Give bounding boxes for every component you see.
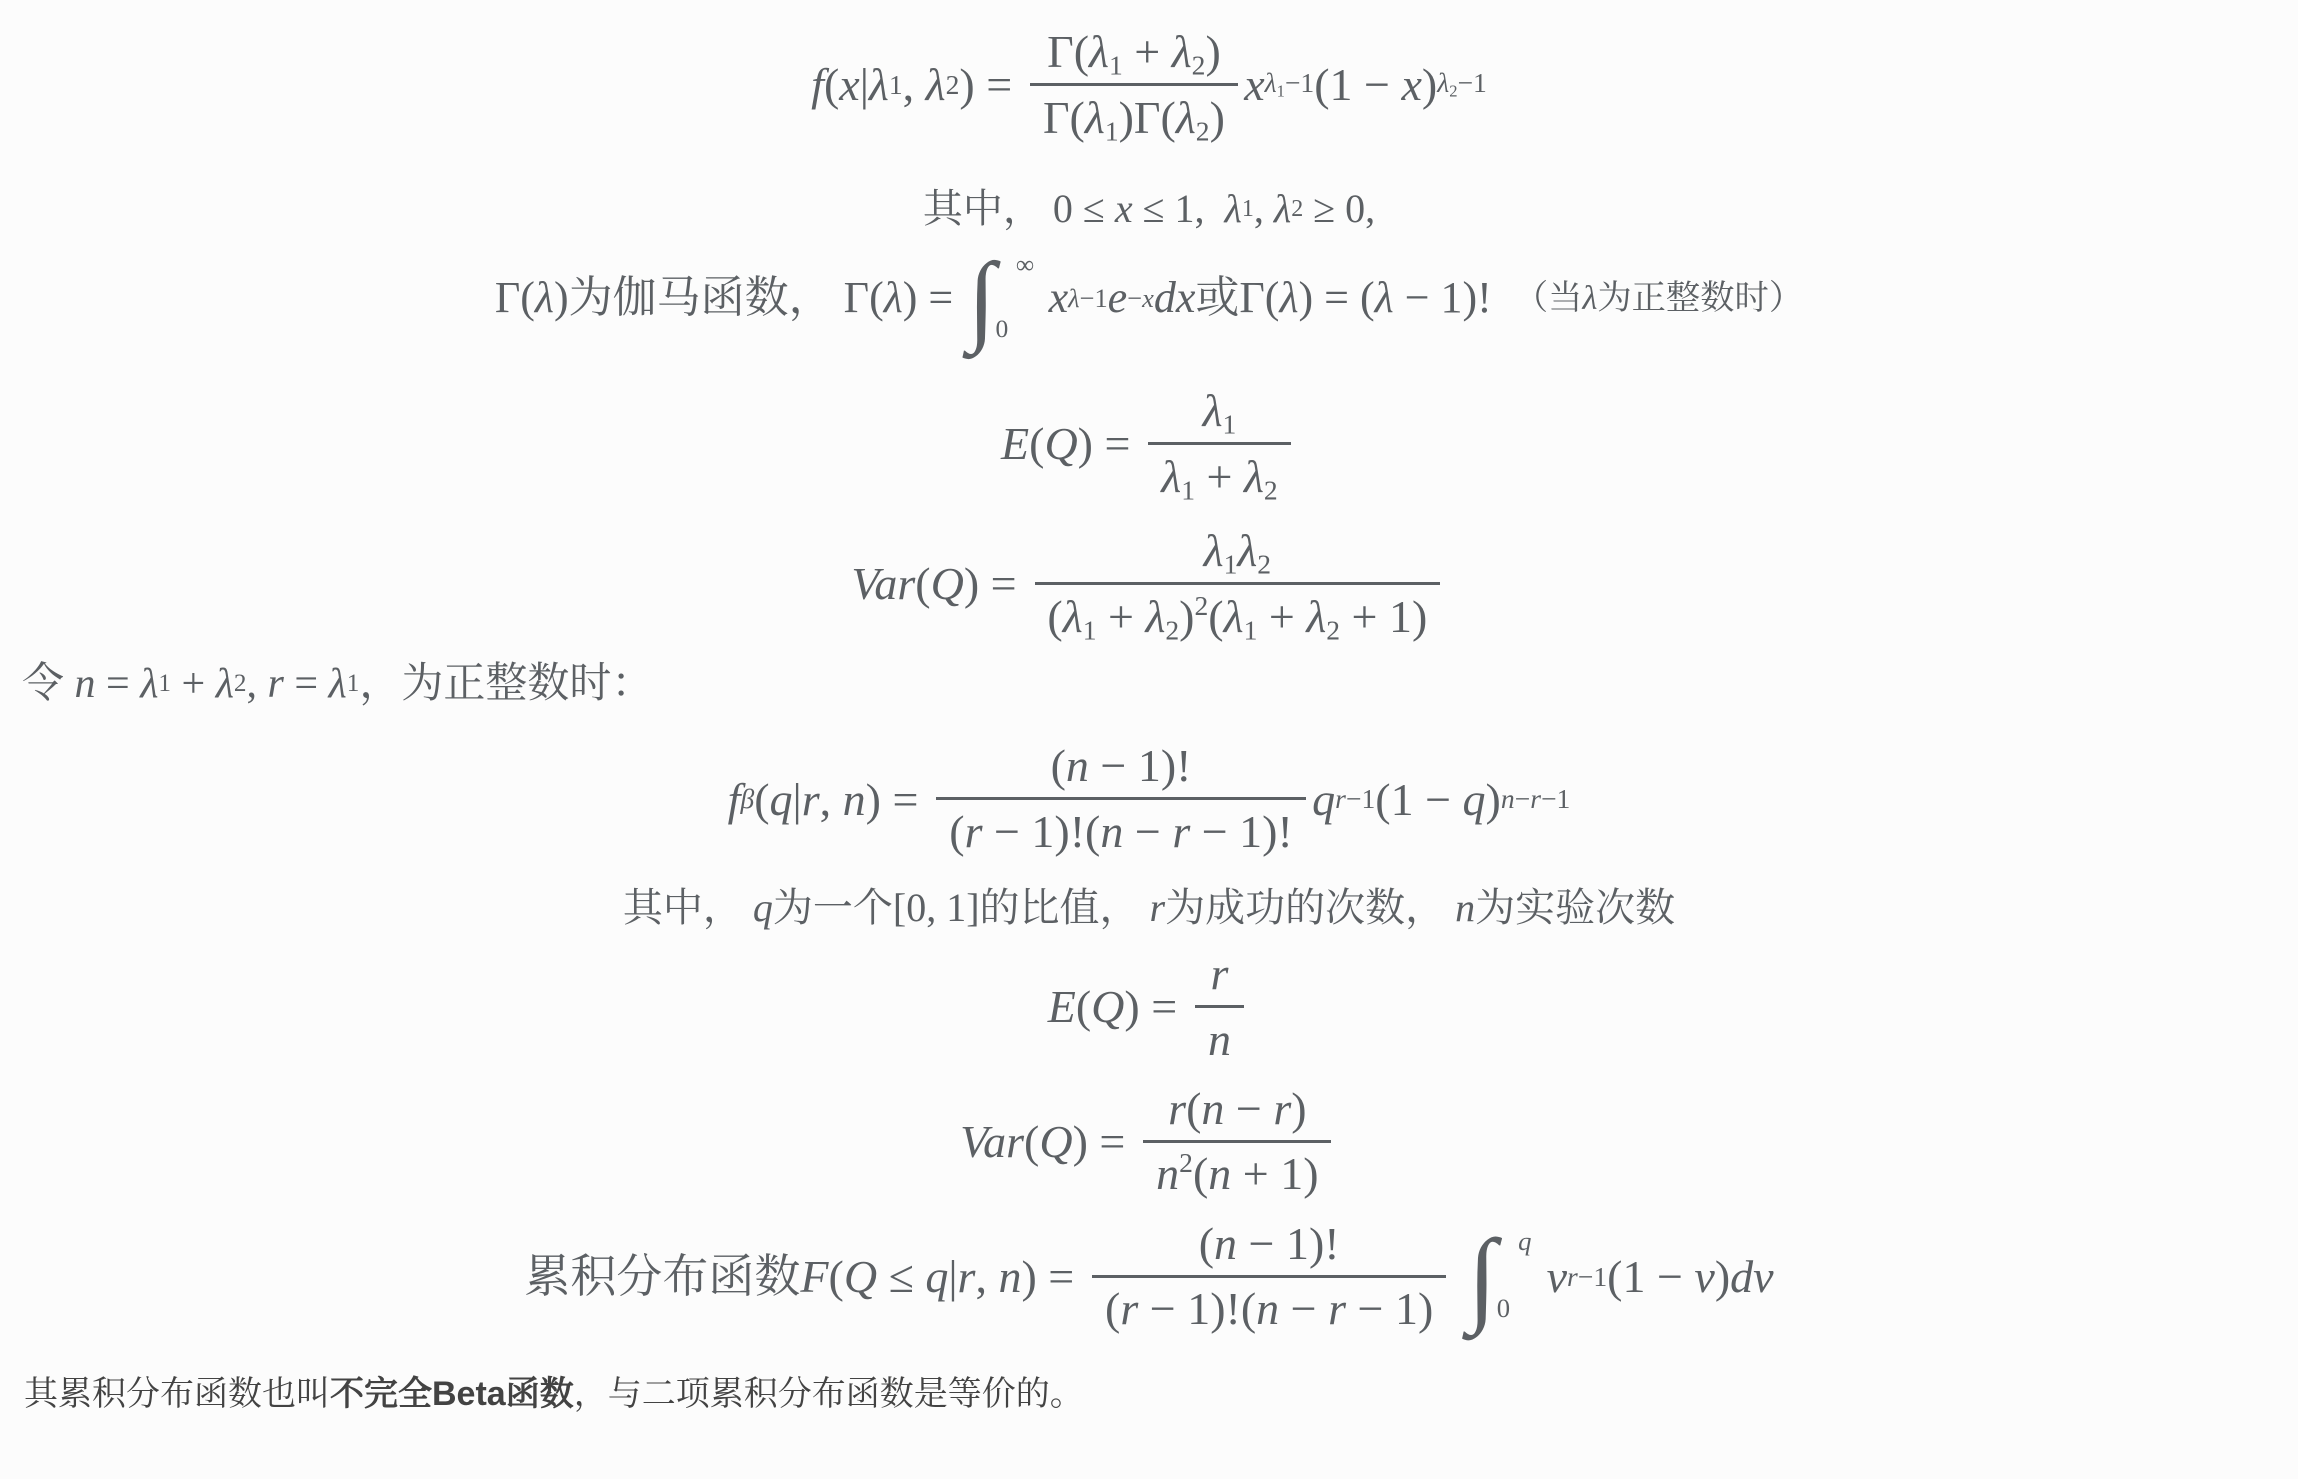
math-cjk-text: 为成功的次数，	[1165, 884, 1445, 932]
math-token: 1	[1105, 115, 1119, 146]
math-token: ) =	[1078, 416, 1142, 471]
math-variable: x	[839, 57, 859, 112]
math-token: −1	[1285, 67, 1314, 98]
math-variable: n	[1201, 1083, 1224, 1134]
formula-variance-lambda: Var(Q) = λ1λ2(λ1 + λ2)2(λ1 + λ2 + 1)	[0, 524, 2298, 644]
math-fraction: Γ(λ1 + λ2)Γ(λ1)Γ(λ2)	[1030, 25, 1238, 145]
math-cjk-text: 为实验次数	[1475, 884, 1675, 932]
math-denominator: (r − 1)!(n − r − 1)	[1092, 1275, 1446, 1337]
math-token: Γ(	[1043, 92, 1085, 143]
math-cjk-text: （当	[1514, 279, 1583, 317]
math-fraction: (n − 1)!(r − 1)!(n − r − 1)	[1092, 1217, 1446, 1337]
math-variable: λ	[1172, 26, 1192, 77]
math-token: −	[1224, 1083, 1273, 1134]
math-token: ,	[246, 659, 267, 709]
integral-upper-limit: q	[1518, 1228, 1531, 1255]
math-small: （当λ为正整数时）	[1514, 278, 1803, 319]
math-subscript: 1	[1244, 614, 1258, 645]
math-variable: λ	[869, 57, 889, 112]
math-token: − 1)!(	[1138, 1283, 1256, 1334]
math-token: − 1)!	[1237, 1218, 1340, 1269]
math-variable: Q	[844, 1249, 877, 1304]
math-variable: r	[1567, 1261, 1578, 1292]
integral-limits: ∞0	[995, 248, 1034, 349]
math-token: ,	[903, 57, 926, 112]
math-subscript: 1	[1083, 614, 1097, 645]
math-token: − 1)!	[1190, 806, 1293, 857]
math-variable: E	[1001, 416, 1029, 471]
math-cjk-text: ，为正整数时：	[359, 659, 653, 709]
math-variable: q	[1518, 1226, 1531, 1256]
math-subscript: 2	[1264, 474, 1278, 505]
footnote-text-prefix: 其累积分布函数也叫	[24, 1375, 330, 1413]
math-variable: λ	[1437, 67, 1449, 98]
math-variable: r	[267, 659, 283, 709]
math-variable: x	[1402, 57, 1422, 112]
math-token: − 1)!	[1394, 272, 1514, 325]
math-variable: q	[925, 1249, 948, 1304]
math-token: (	[1105, 1283, 1120, 1334]
math-variable: d	[1730, 1249, 1753, 1304]
math-subscript: 2	[1192, 50, 1206, 81]
footnote-paragraph: 其累积分布函数也叫不完全Beta函数，与二项累积分布函数是等价的。	[0, 1366, 2298, 1415]
math-token: Γ(	[833, 272, 884, 325]
math-token: − 1)!(	[982, 806, 1100, 857]
math-variable: f	[811, 57, 824, 112]
math-variable: Q	[931, 556, 964, 611]
math-token: ) =	[866, 772, 930, 827]
math-variable: λ	[1063, 591, 1083, 642]
math-token: − 1)	[1346, 1283, 1433, 1334]
math-token: Γ(	[1047, 26, 1089, 77]
math-variable: λ	[926, 57, 946, 112]
math-token: ) = (	[1299, 272, 1375, 325]
math-variable: v	[1753, 1249, 1773, 1304]
math-token: ) =	[903, 272, 964, 325]
math-variable: λ	[884, 272, 903, 325]
math-variable: n	[1256, 1283, 1279, 1334]
math-subscript: 2	[1165, 614, 1179, 645]
math-token: −	[1279, 1283, 1328, 1334]
math-variable: n	[1066, 740, 1089, 791]
math-cjk-text: 的比值，	[980, 884, 1140, 932]
math-cjk-text: 为伽马函数，	[569, 272, 833, 325]
math-token: ∞	[1016, 250, 1034, 279]
math-variable: λ	[1176, 92, 1196, 143]
math-variable: λ	[1274, 185, 1291, 233]
math-variable: q	[1312, 772, 1335, 827]
math-token: ) =	[1124, 979, 1188, 1034]
math-token: ) =	[964, 556, 1028, 611]
math-variable: e	[1108, 272, 1128, 325]
math-variable: r	[1273, 1083, 1291, 1134]
math-variable: n	[843, 772, 866, 827]
math-variable: λ	[1225, 185, 1242, 233]
math-denominator: (r − 1)!(n − r − 1)!	[936, 797, 1305, 859]
math-variable: λ	[535, 272, 554, 325]
math-integral: ∫∞0	[968, 248, 1034, 349]
math-variable: λ	[1237, 525, 1257, 576]
math-variable: λ	[1224, 591, 1244, 642]
math-variable: r	[958, 1249, 976, 1304]
math-token: 1	[158, 670, 171, 697]
math-variable: r	[1120, 1283, 1138, 1334]
math-token: 1	[1181, 474, 1195, 505]
math-variable: λ	[1375, 272, 1394, 325]
document-body: f(x|λ1, λ2) = Γ(λ1 + λ2)Γ(λ1)Γ(λ2)xλ1−1(…	[0, 0, 2298, 1479]
math-superscript: −x	[1127, 285, 1154, 311]
math-variable: Var	[960, 1114, 1024, 1169]
math-token: +	[1123, 26, 1172, 77]
math-token: (	[1186, 1083, 1201, 1134]
integral-icon: ∫	[968, 248, 996, 349]
math-token: ,	[1254, 185, 1274, 233]
math-token: 2	[1326, 614, 1340, 645]
math-variable: λ	[1265, 67, 1277, 98]
math-token: (	[1208, 591, 1223, 642]
math-fraction: (n − 1)!(r − 1)!(n − r − 1)!	[936, 739, 1305, 859]
math-variable: n	[1156, 1148, 1179, 1199]
math-token	[1445, 884, 1455, 932]
formula-beta-pdf-rn: fβ(q|r, n) = (n − 1)!(r − 1)!(n − r − 1)…	[0, 739, 2298, 859]
math-numerator: (n − 1)!	[1186, 1217, 1353, 1275]
math-variable: q	[1463, 772, 1486, 827]
math-variable: n	[1214, 1218, 1237, 1269]
math-token: −1	[1541, 783, 1570, 814]
formula-cdf: 累积分布函数F(Q ≤ q|r, n) = (n − 1)!(r − 1)!(n…	[0, 1217, 2298, 1337]
math-token: −1	[1457, 67, 1486, 98]
math-subscript: 1	[1223, 409, 1237, 440]
math-variable: x	[1115, 185, 1133, 233]
formula-beta-pdf: f(x|λ1, λ2) = Γ(λ1 + λ2)Γ(λ1)Γ(λ2)xλ1−1(…	[0, 25, 2298, 145]
math-token: + 1)	[1340, 591, 1427, 642]
math-variable: n	[1501, 783, 1515, 814]
math-token: |	[860, 57, 869, 112]
math-cjk-text: 为正整数时）	[1597, 279, 1803, 317]
formula-substitution: 令 n = λ1 + λ2, r = λ1，为正整数时：	[0, 659, 2298, 709]
math-variable: x	[1049, 272, 1069, 325]
math-variable: Var	[851, 556, 915, 611]
math-cjk-text: 累积分布函数	[524, 1249, 800, 1304]
math-token: +	[1257, 591, 1306, 642]
math-token	[1453, 1249, 1465, 1304]
math-token: |	[793, 772, 802, 827]
math-token: ) =	[1073, 1114, 1137, 1169]
math-subscript: 2	[1326, 614, 1340, 645]
math-variable: λ	[1279, 272, 1298, 325]
math-token: 2	[946, 69, 960, 100]
math-token: ≤ 1,	[1133, 185, 1225, 233]
math-variable: λ	[329, 659, 347, 709]
math-subscript: 1	[1105, 115, 1119, 146]
math-token: 1	[1242, 196, 1254, 222]
math-variable: n	[998, 1249, 1021, 1304]
math-token: 2	[1179, 1147, 1193, 1178]
math-fraction: λ1λ2(λ1 + λ2)2(λ1 + λ2 + 1)	[1035, 524, 1441, 644]
math-variable: x	[1244, 57, 1264, 112]
math-variable: n	[1455, 884, 1475, 932]
math-token	[1038, 272, 1049, 325]
math-denominator: Γ(λ1)Γ(λ2)	[1030, 83, 1238, 145]
math-token: )	[1422, 57, 1437, 112]
math-fraction: λ1λ1 + λ2	[1148, 384, 1290, 504]
math-subscript: 1	[158, 671, 171, 696]
math-cjk-text: 其中，	[623, 884, 743, 932]
math-superscript: r−1	[1567, 1263, 1607, 1291]
math-token: −1	[1346, 783, 1375, 814]
math-token: −1	[1578, 1261, 1607, 1292]
math-variable: r	[1530, 783, 1541, 814]
math-token: (	[1051, 740, 1066, 791]
math-variable: λ	[1085, 92, 1105, 143]
math-numerator: (n − 1)!	[1038, 739, 1205, 797]
math-subscript: 2	[1291, 197, 1303, 221]
math-variable: n	[1208, 1148, 1231, 1199]
math-subscript: 2	[1257, 549, 1271, 580]
math-token: −	[1123, 806, 1172, 857]
math-token	[743, 884, 753, 932]
math-token: 2	[1192, 50, 1206, 81]
math-token: −	[1515, 783, 1531, 814]
math-token: ) =	[959, 57, 1023, 112]
math-variable: q	[753, 884, 773, 932]
math-token: 1	[347, 670, 360, 697]
integral-upper-limit: ∞	[1016, 252, 1034, 278]
math-cjk-text: 其中，	[923, 185, 1043, 233]
math-variable: Q	[1044, 416, 1077, 471]
math-variable: λ	[140, 659, 158, 709]
math-token: 1	[1223, 409, 1237, 440]
math-denominator: (λ1 + λ2)2(λ1 + λ2 + 1)	[1035, 582, 1441, 644]
math-variable: v	[1694, 1249, 1714, 1304]
math-numerator: λ1	[1190, 384, 1249, 442]
math-variable: f	[728, 772, 741, 827]
math-variable: r	[1211, 948, 1229, 999]
math-token: ,	[820, 772, 843, 827]
math-variable: λ	[1306, 591, 1326, 642]
math-token: (1 −	[1607, 1249, 1694, 1304]
math-variable: n	[1100, 806, 1123, 857]
math-token: )	[1715, 1249, 1730, 1304]
math-cjk-text: 为一个	[773, 884, 893, 932]
math-variable: r	[1168, 1083, 1186, 1134]
math-denominator: λ1 + λ2	[1148, 442, 1290, 504]
math-token: 2	[1291, 196, 1303, 222]
math-variable: r	[802, 772, 820, 827]
math-subscript: 2	[1196, 115, 1210, 146]
integral-lower-limit: 0	[995, 316, 1034, 342]
math-superscript: 2	[1179, 1147, 1193, 1178]
math-token: (	[1024, 1114, 1039, 1169]
formula-domain-note: 其中， 0 ≤ x ≤ 1, λ1, λ2 ≥ 0,	[0, 185, 2298, 233]
math-variable: λ	[1145, 591, 1165, 642]
math-token: 2	[1257, 549, 1271, 580]
math-subscript: 1	[1109, 50, 1123, 81]
math-numerator: λ1λ2	[1191, 524, 1284, 582]
math-token: (	[754, 772, 769, 827]
integral-limits: q0	[1497, 1224, 1532, 1330]
math-token: 1	[1244, 614, 1258, 645]
math-subscript: 2	[946, 71, 960, 99]
formula-expectation-lambda: E(Q) = λ1λ1 + λ2	[0, 384, 2298, 504]
formula-variance-rn: Var(Q) = r(n − r)n2(n + 1)	[0, 1082, 2298, 1202]
math-subscript: 1	[1224, 549, 1238, 580]
math-variable: F	[800, 1249, 828, 1304]
integral-icon: ∫	[1468, 1224, 1497, 1330]
math-token: − 1)!	[1089, 740, 1192, 791]
math-token: =	[284, 659, 329, 709]
math-variable: E	[1048, 979, 1076, 1034]
math-token: (	[1076, 979, 1091, 1034]
math-cjk-text: 令	[22, 659, 75, 709]
math-token: 1	[1083, 614, 1097, 645]
math-token: + 1)	[1231, 1148, 1318, 1199]
math-subscript: 1	[1181, 474, 1195, 505]
math-denominator: n2(n + 1)	[1143, 1140, 1331, 1202]
formula-params-note: 其中， q为一个[0, 1]的比值， r为成功的次数， n为实验次数	[0, 884, 2298, 932]
math-token: −	[1127, 283, 1142, 313]
math-token: (	[1199, 1218, 1214, 1269]
math-variable: λ	[1068, 283, 1079, 313]
math-token: 2	[1196, 115, 1210, 146]
math-variable: x	[1176, 272, 1196, 325]
math-numerator: Γ(λ1 + λ2)	[1034, 25, 1233, 83]
math-variable: x	[1142, 283, 1154, 313]
math-token: 0	[995, 314, 1008, 343]
math-subscript: 1	[347, 671, 360, 696]
math-token: )	[1486, 772, 1501, 827]
math-token: )	[1179, 591, 1194, 642]
math-variable: v	[1547, 1249, 1567, 1304]
math-token: =	[96, 659, 141, 709]
math-token: (	[824, 57, 839, 112]
footnote-bold-term: 不完全Beta函数	[330, 1375, 574, 1413]
math-superscript: λ−1	[1068, 285, 1108, 311]
math-variable: λ	[1204, 525, 1224, 576]
math-variable: λ	[1089, 26, 1109, 77]
math-token: ≤	[877, 1249, 925, 1304]
math-token: (	[829, 1249, 844, 1304]
math-numerator: r(n − r)	[1155, 1082, 1319, 1140]
math-superscript: λ2−1	[1437, 69, 1487, 100]
math-variable: r	[1335, 783, 1346, 814]
footnote-text-suffix: ，与二项累积分布函数是等价的。	[574, 1375, 1084, 1413]
math-token: 2	[234, 670, 247, 697]
math-variable: Q	[1039, 1114, 1072, 1169]
math-superscript: 2	[1195, 589, 1209, 620]
math-token: )	[554, 272, 569, 325]
math-variable: r	[1328, 1283, 1346, 1334]
math-token: +	[1195, 451, 1244, 502]
math-numerator: r	[1198, 947, 1242, 1005]
math-token: )	[1205, 26, 1220, 77]
math-variable: r	[1150, 884, 1166, 932]
math-token: (1 −	[1375, 772, 1462, 827]
math-denominator: n	[1195, 1005, 1244, 1067]
math-superscript: r−1	[1335, 785, 1375, 813]
math-token: +	[171, 659, 216, 709]
math-integral: ∫q0	[1468, 1224, 1532, 1330]
math-variable: n	[1208, 1014, 1231, 1065]
math-token: )	[1291, 1083, 1306, 1134]
math-token	[1140, 884, 1150, 932]
math-fraction: r(n − r)n2(n + 1)	[1143, 1082, 1331, 1202]
math-token: )Γ(	[1119, 92, 1176, 143]
math-token	[1535, 1249, 1547, 1304]
math-superscript: n−r−1	[1501, 785, 1570, 813]
math-variable: r	[965, 806, 983, 857]
math-token: 1	[1109, 50, 1123, 81]
math-token: (	[1047, 591, 1062, 642]
math-token: [0, 1]	[893, 884, 980, 932]
math-variable: d	[1154, 272, 1176, 325]
math-variable: β	[740, 783, 754, 814]
math-token: 0	[1497, 1293, 1510, 1323]
math-superscript: λ1−1	[1265, 69, 1315, 100]
math-subscript: 1	[889, 71, 903, 99]
math-token: 2	[1165, 614, 1179, 645]
math-token: ≥ 0,	[1303, 185, 1375, 233]
math-cjk-text: 或	[1195, 272, 1239, 325]
math-variable: λ	[216, 659, 234, 709]
math-token: Γ(	[1239, 272, 1279, 325]
math-token: Γ(	[495, 272, 535, 325]
math-token: (	[915, 556, 930, 611]
formula-gamma-definition: Γ(λ)为伽马函数， Γ(λ) = ∫∞0 xλ−1e−xdx或Γ(λ) = (…	[0, 248, 2298, 349]
math-fraction: rn	[1195, 947, 1244, 1067]
math-variable: λ	[1203, 385, 1223, 436]
math-token: |	[948, 1249, 957, 1304]
math-subscript: 2	[234, 671, 247, 696]
math-token: +	[1096, 591, 1145, 642]
math-subscript: 1	[1277, 82, 1285, 101]
math-variable: n	[75, 659, 96, 709]
math-token: (	[1193, 1148, 1208, 1199]
integral-lower-limit: 0	[1497, 1295, 1532, 1322]
math-token: −1	[1080, 283, 1108, 313]
math-token: 2	[1264, 474, 1278, 505]
formula-expectation-rn: E(Q) = rn	[0, 947, 2298, 1067]
math-subscript: β	[740, 785, 754, 813]
math-token: 1	[889, 69, 903, 100]
math-variable: λ	[1582, 279, 1597, 317]
math-token: (	[949, 806, 964, 857]
math-variable: q	[770, 772, 793, 827]
math-token: ) =	[1021, 1249, 1085, 1304]
math-token: 0 ≤	[1043, 185, 1115, 233]
math-variable: r	[1172, 806, 1190, 857]
math-subscript: 1	[1242, 197, 1254, 221]
math-token: 2	[1195, 589, 1209, 620]
math-token: (	[1029, 416, 1044, 471]
math-token: 1	[1277, 82, 1285, 101]
math-variable: λ	[1244, 451, 1264, 502]
math-token: )	[1210, 92, 1225, 143]
math-token: 1	[1224, 549, 1238, 580]
math-variable: λ	[1161, 451, 1181, 502]
math-variable: Q	[1091, 979, 1124, 1034]
math-token: ,	[975, 1249, 998, 1304]
math-token: (1 −	[1314, 57, 1401, 112]
